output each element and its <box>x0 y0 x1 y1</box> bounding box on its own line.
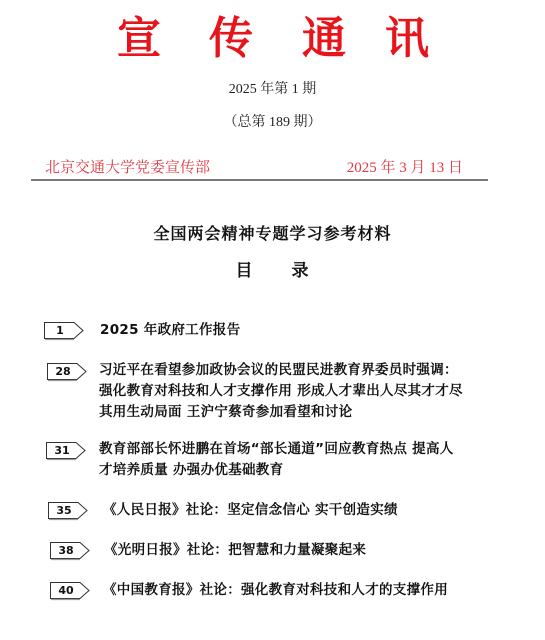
page-number-badge: 40 <box>50 582 90 599</box>
page-number-badge: 28 <box>47 363 87 380</box>
page-number: 28 <box>47 363 79 380</box>
page-number-badge: 1 <box>44 322 84 339</box>
masthead-char: 宣 <box>114 14 164 64</box>
cumulative-issue-number: （总第 189 期） <box>0 111 545 131</box>
toc-heading-char: 目 <box>236 261 254 281</box>
page-number: 31 <box>46 442 78 459</box>
toc-heading-char: 录 <box>292 261 310 281</box>
page-number-badge: 35 <box>48 502 88 519</box>
toc-heading: 目录 <box>0 256 545 281</box>
toc-entry-text: 2025 年政府工作报告 <box>100 320 240 341</box>
header-divider <box>31 179 488 181</box>
publisher-row: 北京交通大学党委宣传部 2025 年 3 月 13 日 <box>45 156 465 176</box>
masthead-char: 传 <box>206 14 256 64</box>
masthead-title: 宣 传 通 讯 <box>0 14 545 68</box>
publish-date: 2025 年 3 月 13 日 <box>347 156 463 177</box>
toc-entry-text: 《光明日报》社论：把智慧和力量凝聚起来 <box>104 540 366 561</box>
toc-entry-text: 习近平在看望参加政协会议的民盟民进教育界委员时强调： 强化教育对科技和人才支撑作… <box>99 360 463 423</box>
page-number-badge: 31 <box>46 442 86 459</box>
page-number: 40 <box>50 582 82 599</box>
masthead-char: 通 <box>299 14 349 64</box>
page-number: 38 <box>50 542 82 559</box>
toc-entry-text: 《人民日报》社论：坚定信念信心 实干创造实绩 <box>103 500 398 521</box>
publisher-department: 北京交通大学党委宣传部 <box>45 156 210 177</box>
masthead-char: 讯 <box>382 14 432 64</box>
page-number-badge: 38 <box>50 542 90 559</box>
document-title: 全国两会精神专题学习参考材料 <box>0 221 545 244</box>
page-number: 1 <box>44 322 76 339</box>
issue-number: 2025 年第 1 期 <box>0 78 545 98</box>
toc-entry-text: 《中国教育报》社论：强化教育对科技和人才的支撑作用 <box>103 580 448 601</box>
page-number: 35 <box>48 502 80 519</box>
toc-entry-text: 教育部部长怀进鹏在首场“部长通道”回应教育热点 提高人 才培养质量 办强办优基础… <box>99 439 454 481</box>
